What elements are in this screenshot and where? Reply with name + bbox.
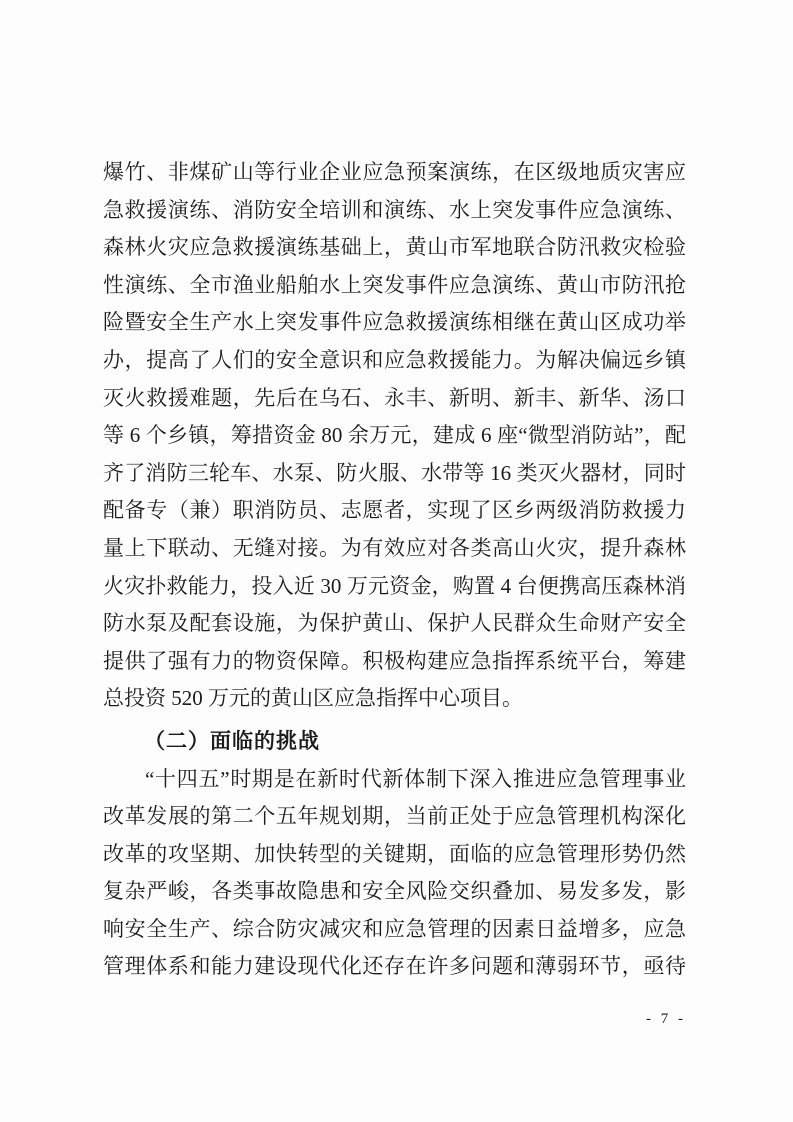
text-line: 改革发展的第二个五年规划期，当前正处于应急管理机构深化	[103, 798, 686, 836]
text-line: 爆竹、非煤矿山等行业企业应急预案演练，在区级地质灾害应	[103, 154, 686, 192]
document-page: 爆竹、非煤矿山等行业企业应急预案演练，在区级地质灾害应急救援演练、消防安全培训和…	[0, 0, 793, 1122]
section-heading: （二）面临的挑战	[103, 723, 686, 761]
text-line: 配备专（兼）职消防员、志愿者，实现了区乡两级消防救援力	[103, 492, 686, 530]
text-line: 森林火灾应急救援演练基础上，黄山市军地联合防汛救灾检验	[103, 229, 686, 267]
text-line: 灭火救援难题，先后在乌石、永丰、新明、新丰、新华、汤口	[103, 380, 686, 418]
text-line: 总投资 520 万元的黄山区应急指挥中心项目。	[103, 680, 686, 718]
text-line: 改革的攻坚期、加快转型的关键期，面临的应急管理形势仍然	[103, 836, 686, 874]
text-line: 提供了强有力的物资保障。积极构建应急指挥系统平台，筹建	[103, 643, 686, 681]
text-line: 险暨安全生产水上突发事件应急救援演练相继在黄山区成功举	[103, 304, 686, 342]
text-line: 复杂严峻，各类事故隐患和安全风险交织叠加、易发多发，影	[103, 873, 686, 911]
text-line: 性演练、全市渔业船舶水上突发事件应急演练、黄山市防汛抢	[103, 267, 686, 305]
text-line: 量上下联动、无缝对接。为有效应对各类高山火灾，提升森林	[103, 530, 686, 568]
text-line: 齐了消防三轮车、水泵、防火服、水带等 16 类灭火器材，同时	[103, 455, 686, 493]
text-line: 等 6 个乡镇，筹措资金 80 余万元，建成 6 座“微型消防站”，配	[103, 417, 686, 455]
text-line: 响安全生产、综合防灾减灾和应急管理的因素日益增多，应急	[103, 911, 686, 949]
text-line: 火灾扑救能力，投入近 30 万元资金，购置 4 台便携高压森林消	[103, 568, 686, 606]
text-line: 防水泵及配套设施，为保护黄山、保护人民群众生命财产安全	[103, 605, 686, 643]
document-text-block: 爆竹、非煤矿山等行业企业应急预案演练，在区级地质灾害应急救援演练、消防安全培训和…	[103, 154, 686, 986]
text-line: “十四五”时期是在新时代新体制下深入推进应急管理事业	[103, 761, 686, 799]
page-number: - 7 -	[646, 1008, 686, 1030]
text-line: 办，提高了人们的安全意识和应急救援能力。为解决偏远乡镇	[103, 342, 686, 380]
text-line: 管理体系和能力建设现代化还存在许多问题和薄弱环节，亟待	[103, 948, 686, 986]
text-line: 急救援演练、消防安全培训和演练、水上突发事件应急演练、	[103, 192, 686, 230]
